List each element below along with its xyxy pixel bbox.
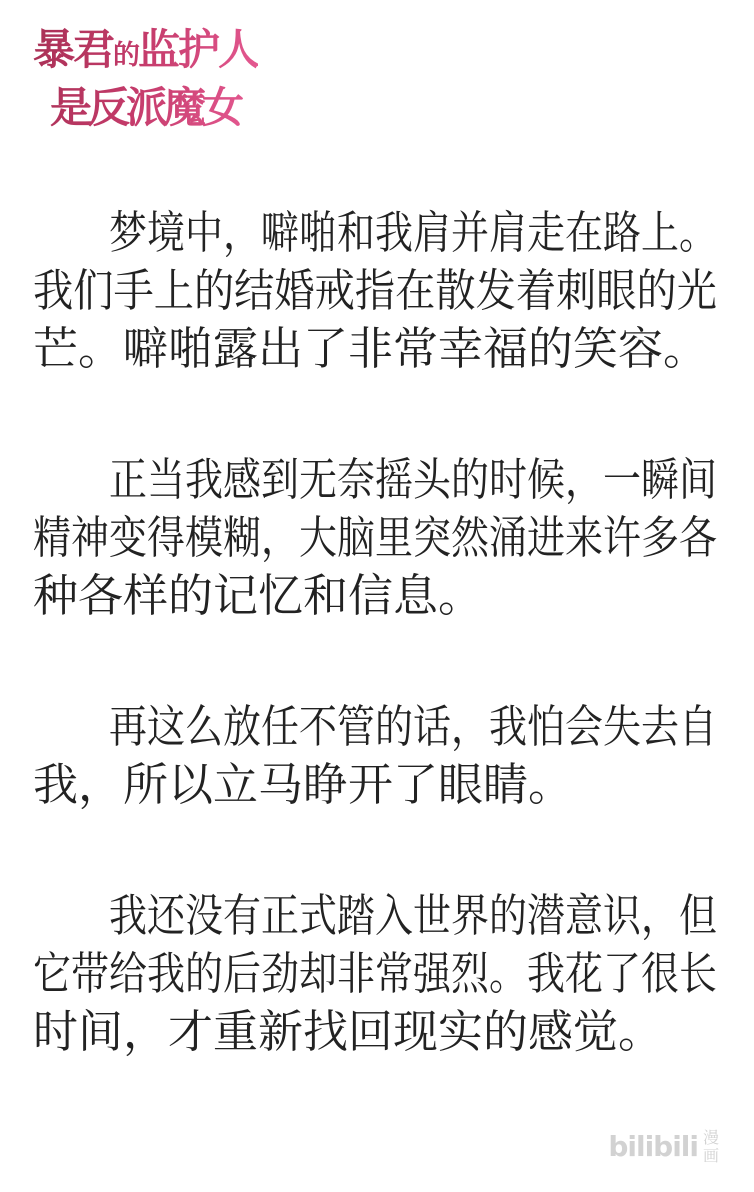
text-line-content: 再这么放任不管的话，我怕会失去自: [33, 698, 717, 756]
text-line-content: 精神变得模糊，大脑里突然涌进来许多各: [33, 509, 717, 567]
watermark-manga-label: 漫画: [702, 1129, 720, 1165]
text-line-content: 种各样的记忆和信息。: [33, 567, 483, 625]
text-line: 再这么放任不管的话，我怕会失去自: [33, 698, 717, 756]
series-logo-line1: 暴君的监护人: [33, 24, 258, 82]
bilibili-logo: bilibili: [608, 1128, 698, 1166]
text-line: 我，所以立马睁开了眼睛。: [33, 756, 717, 814]
text-line-content: 我们手上的结婚戒指在散发着刺眼的光: [33, 262, 717, 320]
paragraph: 正当我感到无奈摇头的时候，一瞬间精神变得模糊，大脑里突然涌进来许多各种各样的记忆…: [33, 451, 717, 625]
logo-text-small: 的: [113, 40, 138, 71]
series-logo-line2: 是反派魔女: [50, 82, 258, 134]
logo-text-post: 监护人: [138, 25, 258, 74]
text-line-content: 梦境中，噼啪和我肩并肩走在路上。: [33, 204, 717, 262]
text-line-content: 芒。噼啪露出了非常幸福的笑容。: [33, 320, 708, 378]
text-line: 时间，才重新找回现实的感觉。: [33, 1003, 717, 1061]
series-logo: 暴君的监护人 是反派魔女: [33, 24, 258, 134]
bilibili-watermark: bilibili 漫画: [608, 1128, 720, 1166]
text-line: 它带给我的后劲却非常强烈。我花了很长: [33, 945, 717, 1003]
paragraph: 梦境中，噼啪和我肩并肩走在路上。我们手上的结婚戒指在散发着刺眼的光芒。噼啪露出了…: [33, 204, 717, 378]
text-line: 我们手上的结婚戒指在散发着刺眼的光: [33, 262, 717, 320]
text-line-content: 我，所以立马睁开了眼睛。: [33, 756, 573, 814]
text-line: 正当我感到无奈摇头的时候，一瞬间: [33, 451, 717, 509]
text-line: 种各样的记忆和信息。: [33, 567, 717, 625]
text-line: 我还没有正式踏入世界的潜意识，但: [33, 887, 717, 945]
text-line-content: 时间，才重新找回现实的感觉。: [33, 1003, 663, 1061]
text-line-content: 它带给我的后劲却非常强烈。我花了很长: [33, 945, 717, 1003]
paragraph: 再这么放任不管的话，我怕会失去自我，所以立马睁开了眼睛。: [33, 698, 717, 814]
logo-text-pre: 暴君: [33, 25, 113, 74]
text-line: 精神变得模糊，大脑里突然涌进来许多各: [33, 509, 717, 567]
text-line-content: 正当我感到无奈摇头的时候，一瞬间: [33, 451, 717, 509]
story-text: 梦境中，噼啪和我肩并肩走在路上。我们手上的结婚戒指在散发着刺眼的光芒。噼啪露出了…: [33, 204, 717, 1061]
text-line: 芒。噼啪露出了非常幸福的笑容。: [33, 320, 717, 378]
text-line: 梦境中，噼啪和我肩并肩走在路上。: [33, 204, 717, 262]
paragraph: 我还没有正式踏入世界的潜意识，但它带给我的后劲却非常强烈。我花了很长时间，才重新…: [33, 887, 717, 1061]
text-line-content: 我还没有正式踏入世界的潜意识，但: [33, 887, 717, 945]
